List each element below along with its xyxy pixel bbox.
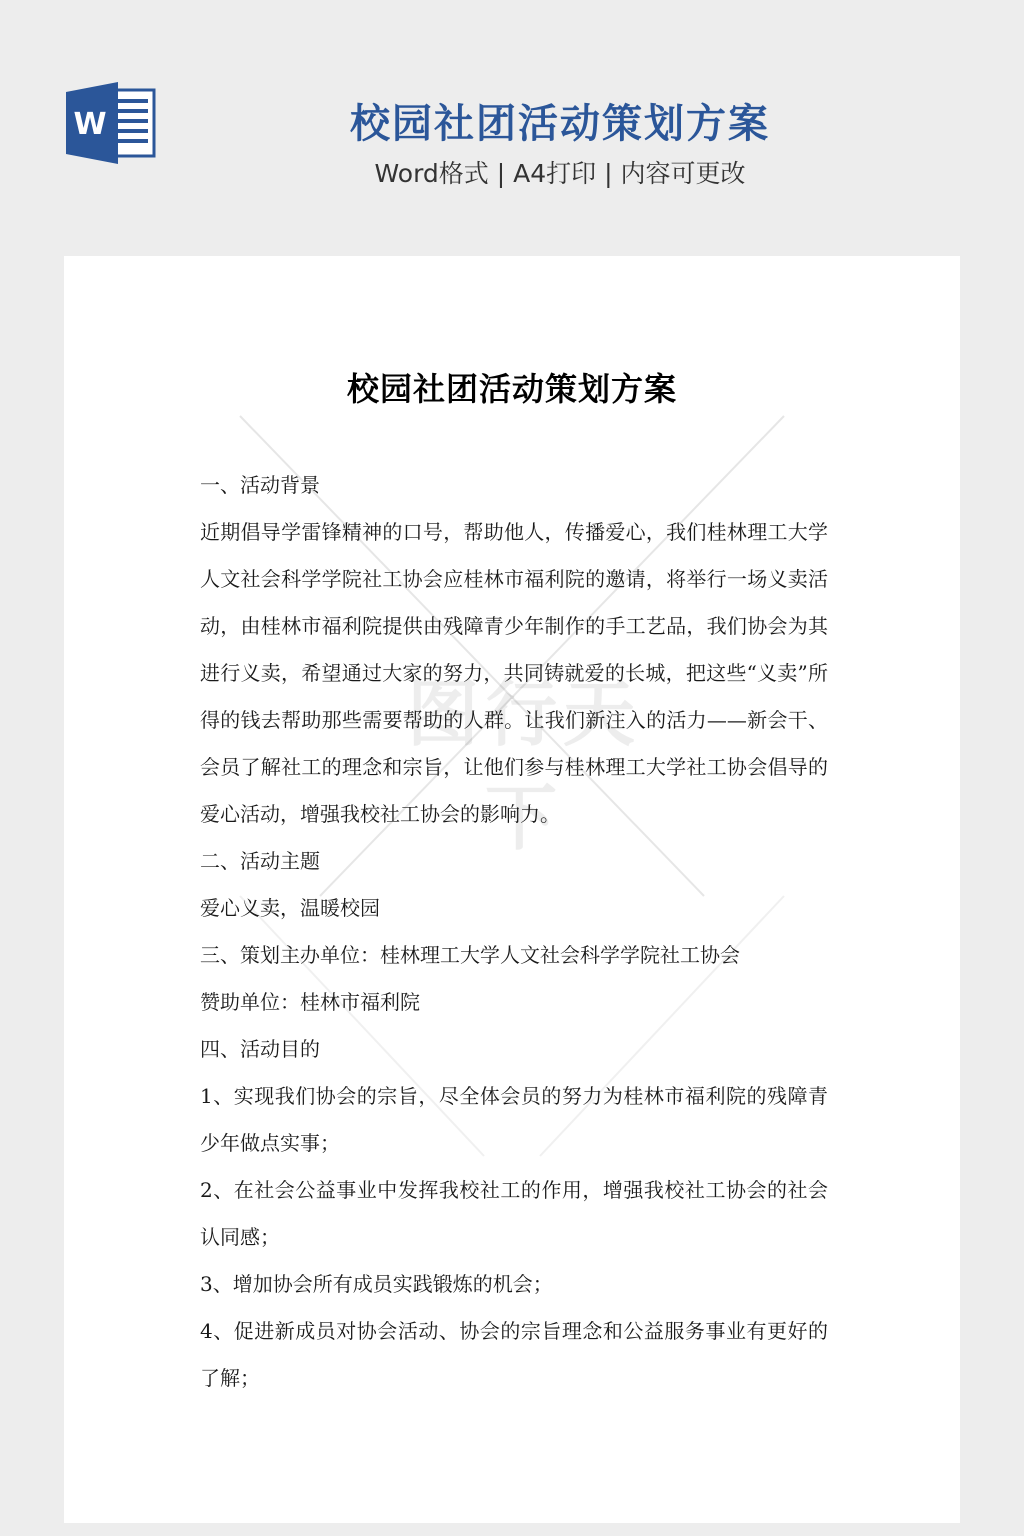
banner-subtitle: Word格式 | A4打印 | 内容可更改: [340, 154, 780, 190]
section-heading-organizer: 三、策划主办单位：桂林理工大学人文社会科学学院社工协会: [200, 932, 828, 979]
section-heading-purpose: 四、活动目的: [200, 1026, 828, 1073]
document-title: 校园社团活动策划方案: [64, 364, 960, 410]
section-heading-theme: 二、活动主题: [200, 838, 828, 885]
banner-title: 校园社团活动策划方案: [340, 92, 780, 149]
purpose-item-3: 3、增加协会所有成员实践锻炼的机会；: [200, 1261, 828, 1308]
purpose-item-4: 4、促进新成员对协会活动、协会的宗旨理念和公益服务事业有更好的了解；: [200, 1308, 828, 1402]
section-heading-background: 一、活动背景: [200, 462, 828, 509]
paragraph-sponsor: 赞助单位：桂林市福利院: [200, 979, 828, 1026]
document-page: 图行天下 校园社团活动策划方案 一、活动背景 近期倡导学雷锋精神的口号，帮助他人…: [64, 256, 960, 1523]
word-document-icon: W: [64, 80, 156, 164]
paragraph-theme: 爱心义卖，温暖校园: [200, 885, 828, 932]
header-banner: W 校园社团活动策划方案 Word格式 | A4打印 | 内容可更改: [0, 0, 1024, 256]
word-icon-letter: W: [73, 107, 106, 142]
purpose-item-2: 2、在社会公益事业中发挥我校社工的作用，增强我校社工协会的社会认同感；: [200, 1167, 828, 1261]
paragraph-background: 近期倡导学雷锋精神的口号，帮助他人，传播爱心，我们桂林理工大学人文社会科学学院社…: [200, 509, 828, 838]
purpose-item-1: 1、实现我们协会的宗旨，尽全体会员的努力为桂林市福利院的残障青少年做点实事；: [200, 1073, 828, 1167]
document-body: 一、活动背景 近期倡导学雷锋精神的口号，帮助他人，传播爱心，我们桂林理工大学人文…: [200, 462, 828, 1402]
